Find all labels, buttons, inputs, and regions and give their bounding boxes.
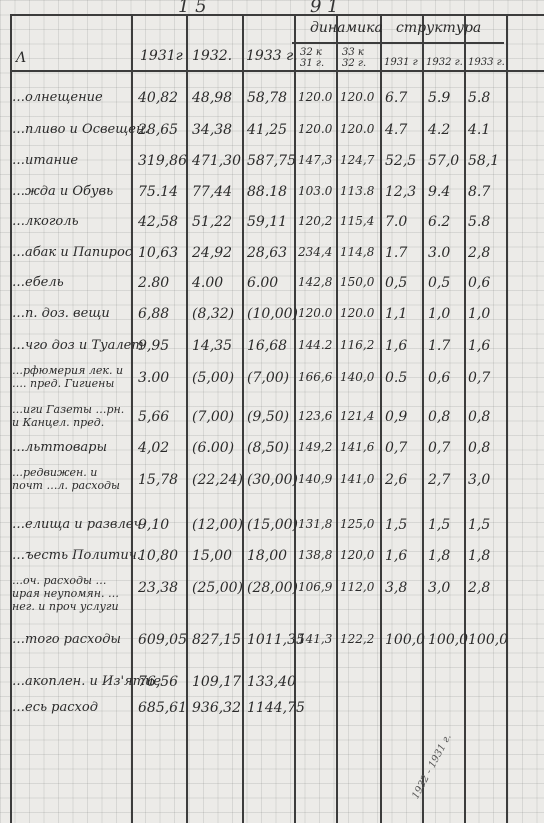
cell-v1933: (30,00) [247, 472, 298, 488]
cell-v1931: 9,10 [138, 517, 169, 533]
cell-s1932: 1,0 [428, 306, 450, 322]
cell-s1932: 1,8 [428, 548, 450, 564]
cell-s1931: 0,9 [385, 409, 407, 425]
cell-d32: 144.2 [298, 338, 332, 352]
cell-s1931: 7.0 [385, 214, 407, 230]
cell-v1931: 9,95 [138, 338, 169, 354]
cell-v1932: 24,92 [192, 245, 232, 261]
cell-v1932: 109,17 [192, 674, 241, 690]
cell-v1932: (8,32) [192, 306, 234, 322]
cell-s1932: 0,7 [428, 440, 450, 456]
row-label: …лкоголь [12, 214, 79, 229]
cell-v1932: 827,15 [192, 632, 241, 648]
cell-s1932: 3,0 [428, 580, 450, 596]
cell-v1932: 48,98 [192, 90, 232, 106]
cell-v1933: 6.00 [247, 275, 278, 291]
cell-d32: 120.0 [298, 306, 332, 320]
row-label: …есь расход [12, 700, 98, 715]
cell-s1933: 2,8 [468, 245, 490, 261]
row-label-header: Λ [16, 50, 26, 66]
row-label: …рфюмерия лек. и …. пред. Гигиены [12, 364, 130, 390]
cell-s1931: 1.7 [385, 245, 407, 261]
cell-s1931: 0.5 [385, 370, 407, 386]
cell-s1932: 1,5 [428, 517, 450, 533]
cell-s1933: 5.8 [468, 214, 490, 230]
row-label: …елища и развлеч. [12, 517, 146, 532]
cell-v1931: 685,61 [138, 700, 187, 716]
cell-d32: 149,2 [298, 440, 332, 454]
cell-s1932: 0,5 [428, 275, 450, 291]
cell-s1931: 100,0 [385, 632, 425, 648]
cell-d32: 166,6 [298, 370, 332, 384]
cell-v1931: 28,65 [138, 122, 178, 138]
cell-v1933: (15,00) [247, 517, 298, 533]
cell-d32: 141,3 [298, 632, 332, 646]
cell-d32: 138,8 [298, 548, 332, 562]
cell-v1932: 34,38 [192, 122, 232, 138]
cell-s1932: 9.4 [428, 184, 450, 200]
cell-s1931: 1,1 [385, 306, 407, 322]
year-1931-header: 1931г [140, 48, 183, 64]
cell-v1931: 10,63 [138, 245, 178, 261]
cell-v1933: 88.18 [247, 184, 287, 200]
row-label: …жда и Обувь [12, 184, 113, 199]
cell-d32: 120.0 [298, 122, 332, 136]
cell-d33: 140,0 [340, 370, 374, 384]
cell-s1933: 58,1 [468, 153, 499, 169]
cell-v1932: 4.00 [192, 275, 223, 291]
cell-v1933: 587,75 [247, 153, 296, 169]
structure-1931-header: 1931 г [384, 57, 418, 68]
cell-v1931: 3.00 [138, 370, 169, 386]
cell-v1933: (9,50) [247, 409, 289, 425]
row-label: …иги Газеты …рн. и Канцел. пред. [12, 403, 130, 429]
cell-d32: 142,8 [298, 275, 332, 289]
cell-v1933: 1144,75 [247, 700, 305, 716]
cell-v1933: 16,68 [247, 338, 287, 354]
cell-s1931: 12,3 [385, 184, 416, 200]
cell-d33: 124,7 [340, 153, 374, 167]
cell-d32: 123,6 [298, 409, 332, 423]
cell-s1933: 8.7 [468, 184, 490, 200]
cell-v1933: (8,50) [247, 440, 289, 456]
cell-v1932: (12,00) [192, 517, 243, 533]
cell-s1932: 0,6 [428, 370, 450, 386]
cell-v1933: (28,00) [247, 580, 298, 596]
cell-d33: 125,0 [340, 517, 374, 531]
cell-v1932: 471,30 [192, 153, 241, 169]
cell-d33: 121,4 [340, 409, 374, 423]
cell-s1931: 0,7 [385, 440, 407, 456]
cell-v1931: 40,82 [138, 90, 178, 106]
cell-d33: 120.0 [340, 90, 374, 104]
cell-d33: 150,0 [340, 275, 374, 289]
cell-s1933: 0,8 [468, 409, 490, 425]
cell-v1932: 936,32 [192, 700, 241, 716]
cell-v1933: 18,00 [247, 548, 287, 564]
row-label: …редвижен. и почт …л. расходы [12, 466, 130, 492]
cell-d32: 131,8 [298, 517, 332, 531]
row-label: …итание [12, 153, 78, 168]
cell-v1932: 77,44 [192, 184, 232, 200]
row-label: …олнещение [12, 90, 103, 105]
cell-v1931: 609,05 [138, 632, 187, 648]
cell-v1931: 2.80 [138, 275, 169, 291]
cell-v1932: 14,35 [192, 338, 232, 354]
cell-v1933: 58,78 [247, 90, 287, 106]
cell-v1931: 15,78 [138, 472, 178, 488]
cell-v1931: 23,38 [138, 580, 178, 596]
cell-v1933: (7,00) [247, 370, 289, 386]
year-1933-header: 1933 г. [246, 48, 298, 64]
cell-v1931: 10,80 [138, 548, 178, 564]
cell-s1931: 1,6 [385, 548, 407, 564]
cell-v1932: (22,24) [192, 472, 243, 488]
cell-s1931: 4.7 [385, 122, 407, 138]
cell-s1933: 5.8 [468, 90, 490, 106]
cell-v1932: 15,00 [192, 548, 232, 564]
cell-v1932: 51,22 [192, 214, 232, 230]
year-1932-header: 1932. [192, 48, 232, 64]
cell-d33: 114,8 [340, 245, 374, 259]
cell-v1933: 1011,35 [247, 632, 305, 648]
cell-s1932: 0,8 [428, 409, 450, 425]
structure-1933-header: 1933 г. [468, 57, 505, 68]
cell-d32: 103.0 [298, 184, 332, 198]
cell-s1931: 0,5 [385, 275, 407, 291]
cell-v1932: (7,00) [192, 409, 234, 425]
cell-s1932: 3.0 [428, 245, 450, 261]
cell-s1931: 6.7 [385, 90, 407, 106]
cell-v1933: 28,63 [247, 245, 287, 261]
cell-d32: 140,9 [298, 472, 332, 486]
cell-v1931: 5,66 [138, 409, 169, 425]
row-label: …ъесть Политич. [12, 548, 141, 563]
cell-d33: 116,2 [340, 338, 374, 352]
cell-s1933: 1,6 [468, 338, 490, 354]
cell-d32: 147,3 [298, 153, 332, 167]
cell-v1932: (25,00) [192, 580, 243, 596]
cell-v1933: 59,11 [247, 214, 287, 230]
cell-v1931: 319,86 [138, 153, 187, 169]
cell-s1931: 2,6 [385, 472, 407, 488]
cell-s1931: 52,5 [385, 153, 416, 169]
structure-group-header: структура [396, 20, 481, 36]
cell-s1933: 0,7 [468, 370, 490, 386]
cell-s1933: 0,8 [468, 440, 490, 456]
cell-s1932: 4.2 [428, 122, 450, 138]
row-label: …чго доз и Туалет [12, 338, 144, 353]
row-label: …ебель [12, 275, 64, 290]
cell-v1933: 133,40 [247, 674, 296, 690]
row-label: …того расходы [12, 632, 121, 647]
cell-d33: 120,0 [340, 548, 374, 562]
cell-v1931: 6,88 [138, 306, 169, 322]
cell-s1933: 1,8 [468, 548, 490, 564]
cell-s1932: 6.2 [428, 214, 450, 230]
dynamics-33-32-header: 33 к 32 г. [342, 47, 374, 69]
cell-v1931: 75.14 [138, 184, 178, 200]
cell-v1931: 42,58 [138, 214, 178, 230]
cell-d33: 122,2 [340, 632, 374, 646]
cell-d32: 234,4 [298, 245, 332, 259]
cell-s1933: 4.1 [468, 122, 490, 138]
row-label: …льттовары [12, 440, 107, 455]
cell-d33: 120.0 [340, 122, 374, 136]
cell-s1931: 1,5 [385, 517, 407, 533]
cell-d33: 113.8 [340, 184, 374, 198]
cell-s1932: 1.7 [428, 338, 450, 354]
row-label: …оч. расходы …ирая неупомян. …нег. и про… [12, 574, 130, 613]
cell-s1933: 100,0 [468, 632, 508, 648]
cell-v1931: 4,02 [138, 440, 169, 456]
cell-s1933: 2,8 [468, 580, 490, 596]
cell-v1933: (10,00) [247, 306, 298, 322]
cell-d32: 120.0 [298, 90, 332, 104]
row-label: …пливо и Освещен. [12, 122, 149, 137]
structure-1932-header: 1932 г. [426, 57, 463, 68]
cell-s1931: 3,8 [385, 580, 407, 596]
cell-v1931: 76,56 [138, 674, 178, 690]
cell-s1933: 3,0 [468, 472, 490, 488]
row-label: …абак и Папирос [12, 245, 132, 260]
row-label: …п. доз. вещи [12, 306, 110, 321]
cell-v1932: (6.00) [192, 440, 234, 456]
dynamics-32-31-header: 32 к 31 г. [300, 47, 332, 69]
cell-s1932: 5.9 [428, 90, 450, 106]
cell-s1931: 1,6 [385, 338, 407, 354]
cell-d32: 120,2 [298, 214, 332, 228]
cell-d33: 141,0 [340, 472, 374, 486]
cell-d33: 141,6 [340, 440, 374, 454]
cell-s1932: 57,0 [428, 153, 459, 169]
cell-s1933: 0,6 [468, 275, 490, 291]
cell-s1932: 2,7 [428, 472, 450, 488]
cell-d32: 106,9 [298, 580, 332, 594]
dynamics-group-header: динамика [310, 20, 383, 36]
cell-s1932: 100,0 [428, 632, 468, 648]
cell-s1933: 1,5 [468, 517, 490, 533]
cell-d33: 120.0 [340, 306, 374, 320]
cell-d33: 115,4 [340, 214, 374, 228]
cell-s1933: 1,0 [468, 306, 490, 322]
cell-v1933: 41,25 [247, 122, 287, 138]
cell-d33: 112,0 [340, 580, 374, 594]
cell-v1932: (5,00) [192, 370, 234, 386]
